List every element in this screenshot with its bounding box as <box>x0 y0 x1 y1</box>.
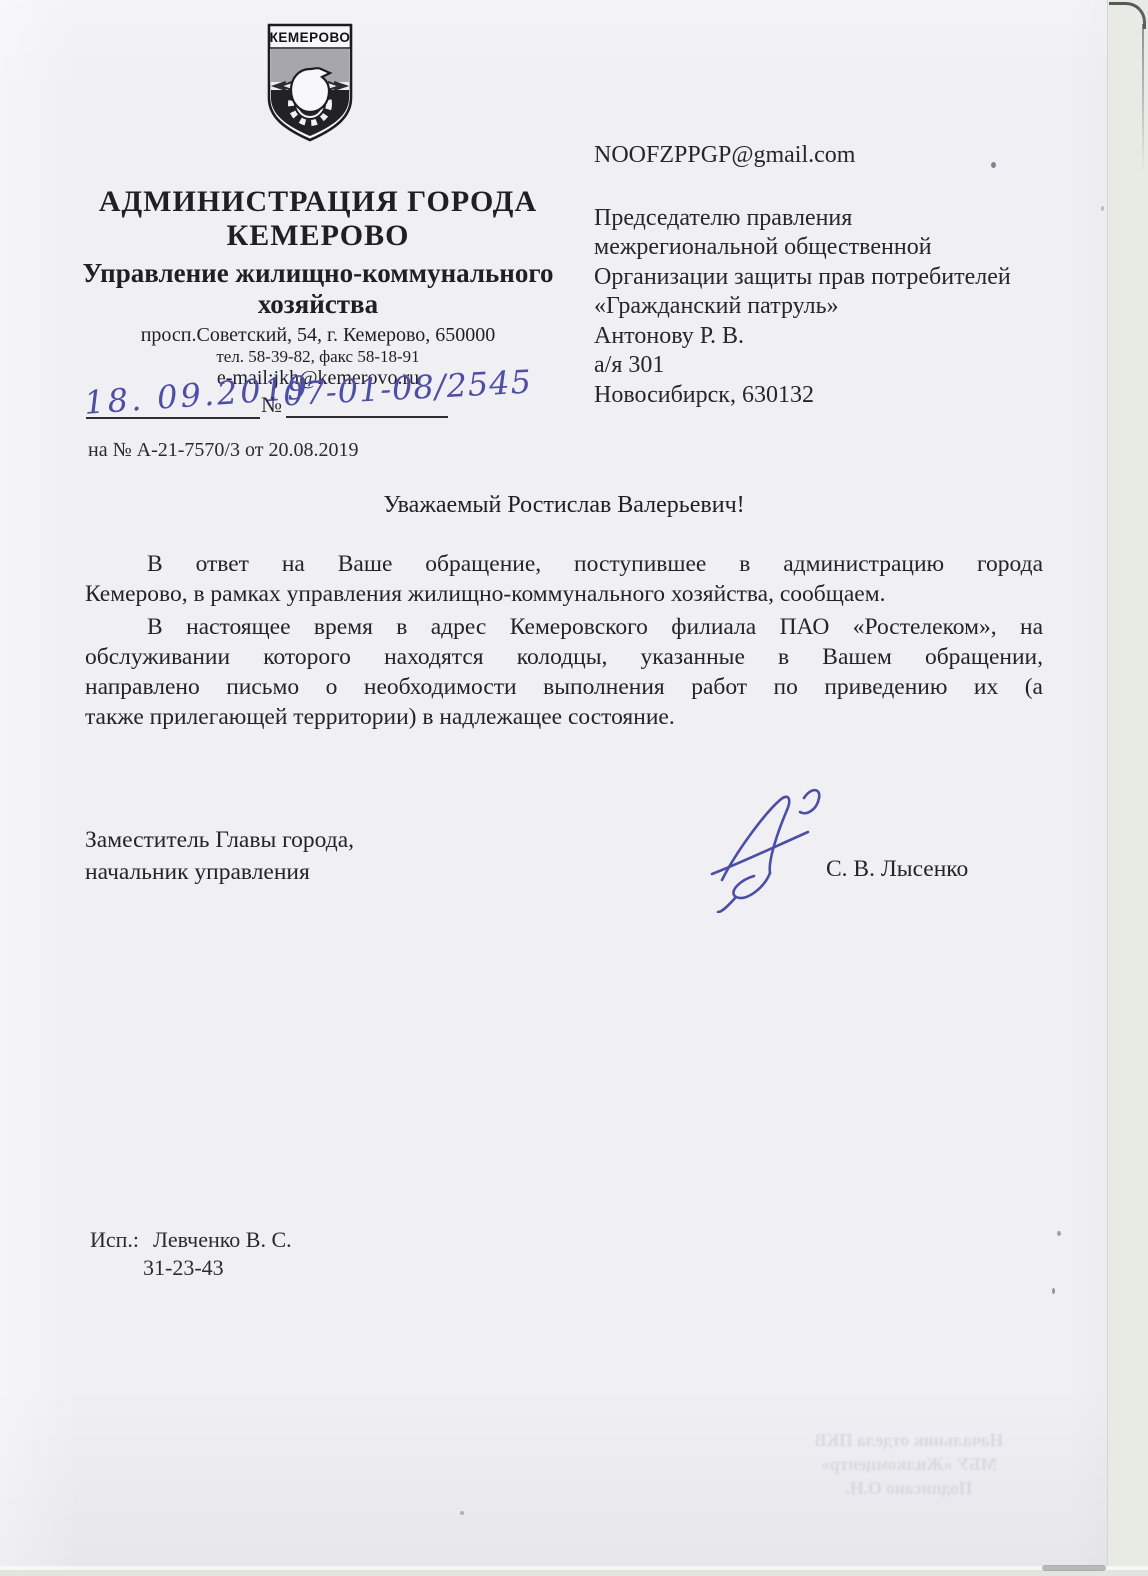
salutation: Уважаемый Ростислав Валерьевич! <box>85 492 1043 519</box>
body-line: обслуживании которого находятся колодцы,… <box>85 642 1043 672</box>
bleedthrough-line: Начальник отдела ПКВ <box>793 1428 1025 1452</box>
scanned-letter-page: КЕМЕРОВО АДМИНИСТРАЦИЯ ГОРОДА КЕМЕРОВО У… <box>0 0 1148 1576</box>
number-underline <box>286 416 448 418</box>
recipient-address-lines: Председателю правлениямежрегиональной об… <box>594 204 1044 411</box>
recipient-line: а/я 301 <box>594 351 1044 381</box>
handwritten-signature <box>700 778 850 913</box>
executor-phone: 31-23-43 <box>90 1254 292 1282</box>
kemerovo-coat-of-arms: КЕМЕРОВО <box>264 22 356 144</box>
bleedthrough-text: Начальник отдела ПКВМБУ «Жилкомцентр»Под… <box>793 1428 1025 1500</box>
body-line: также прилегающей территории) в надлежащ… <box>85 702 1043 732</box>
scanner-backdrop-bottom <box>0 1570 1148 1576</box>
bleedthrough-line: Подписано О.Н. <box>793 1476 1025 1500</box>
org-address: просп.Советский, 54, г. Кемерово, 650000 <box>56 324 580 347</box>
recipient-line: Антонову Р. В. <box>594 322 1044 352</box>
scan-smudge <box>1042 1565 1106 1571</box>
dust-speck <box>1052 1288 1055 1294</box>
org-name-line2: КЕМЕРОВО <box>56 219 580 253</box>
paper-edge-line <box>1142 24 1144 174</box>
dust-speck <box>1057 1231 1061 1236</box>
dust-speck <box>1101 206 1104 211</box>
letter-body: В ответ на Ваше обращение, поступившее в… <box>85 549 1043 732</box>
number-sign: № <box>261 392 282 418</box>
recipient-line: Новосибирск, 630132 <box>594 381 1044 411</box>
body-line: направлено письмо о необходимости выполн… <box>85 672 1043 702</box>
dust-speck <box>460 1511 464 1515</box>
recipient-line: межрегиональной общественной <box>594 233 1044 263</box>
recipient-line: Организации защиты прав потребителей <box>594 263 1044 293</box>
org-name-line1: АДМИНИСТРАЦИЯ ГОРОДА <box>56 185 580 219</box>
body-line: В настоящее время в адрес Кемеровского ф… <box>85 612 1043 642</box>
recipient-line: «Гражданский патруль» <box>594 292 1044 322</box>
reply-reference: на № А-21-7570/3 от 20.08.2019 <box>88 439 358 462</box>
executor-block: Исп.:Левченко В. С. 31-23-43 <box>90 1226 292 1282</box>
body-line: В ответ на Ваше обращение, поступившее в… <box>85 549 1043 579</box>
executor-name: Левченко В. С. <box>153 1227 292 1252</box>
signer-name: С. В. Лысенко <box>826 856 968 883</box>
scanner-backdrop-strip <box>1107 0 1148 1576</box>
date-underline <box>86 417 260 419</box>
bleedthrough-line: МБУ «Жилкомцентр» <box>793 1452 1025 1476</box>
signer-position-line1: Заместитель Главы города, <box>85 824 354 856</box>
recipient-email: NOOFZPPGP@gmail.com <box>594 141 1044 171</box>
executor-label: Исп.: <box>90 1227 139 1252</box>
emblem-banner-text: КЕМЕРОВО <box>270 30 351 45</box>
recipient-line: Председателю правления <box>594 204 1044 234</box>
signer-position: Заместитель Главы города, начальник упра… <box>85 824 354 888</box>
retort-icon <box>291 68 330 112</box>
executor-line: Исп.:Левченко В. С. <box>90 1226 292 1254</box>
department-line1: Управление жилищно-коммунального <box>56 258 580 289</box>
recipient-block: NOOFZPPGP@gmail.com Председателю правлен… <box>594 141 1044 410</box>
department-line2: хозяйства <box>56 289 580 320</box>
letterhead: АДМИНИСТРАЦИЯ ГОРОДА КЕМЕРОВО Управление… <box>56 185 580 390</box>
body-line: Кемерово, в рамках управления жилищно-ко… <box>85 579 1043 609</box>
signer-position-line2: начальник управления <box>85 856 354 888</box>
